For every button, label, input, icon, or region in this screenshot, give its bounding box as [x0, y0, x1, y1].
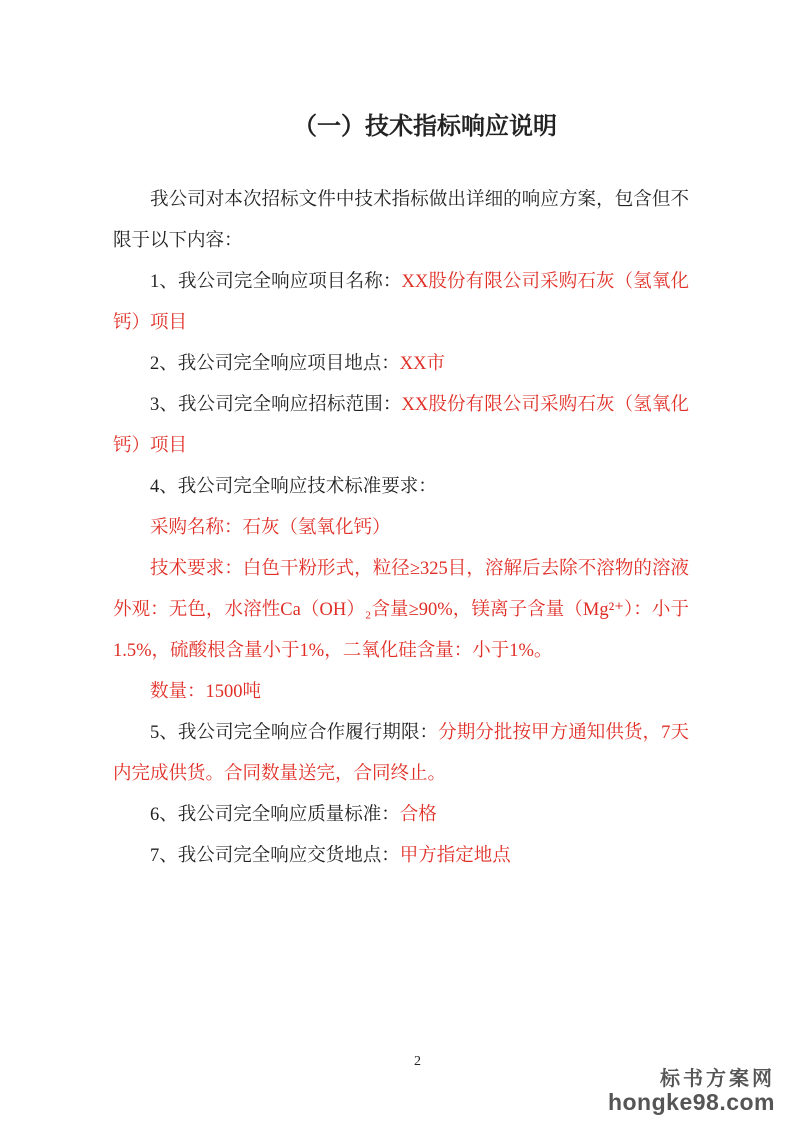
item-7-value: 甲方指定地点 [400, 846, 511, 866]
item-3-label: 3、我公司完全响应招标范围： [150, 395, 402, 415]
item-1-label: 1、我公司完全响应项目名称： [150, 272, 402, 292]
quantity-text: 数量：1500吨 [150, 682, 261, 702]
tech-requirements-paragraph: 技术要求：白色干粉形式，粒径≥325目，溶解后去除不溶物的溶液外观：无色，水溶性… [113, 549, 689, 672]
item-2-paragraph: 2、我公司完全响应项目地点：XX市 [113, 344, 689, 385]
purchase-name-text: 采购名称：石灰（氢氧化钙） [150, 518, 391, 538]
item-3-paragraph: 3、我公司完全响应招标范围：XX股份有限公司采购石灰（氢氧化钙）项目 [113, 385, 689, 467]
watermark-site-url: hongke98.com [608, 1090, 775, 1114]
item-7-label: 7、我公司完全响应交货地点： [150, 846, 400, 866]
item-1-paragraph: 1、我公司完全响应项目名称：XX股份有限公司采购石灰（氢氧化钙）项目 [113, 262, 689, 344]
item-6-label: 6、我公司完全响应质量标准： [150, 805, 400, 825]
item-6-paragraph: 6、我公司完全响应质量标准：合格 [113, 795, 689, 836]
item-2-label: 2、我公司完全响应项目地点： [150, 354, 400, 374]
purchase-name-paragraph: 采购名称：石灰（氢氧化钙） [113, 508, 689, 549]
item-7-paragraph: 7、我公司完全响应交货地点：甲方指定地点 [113, 836, 689, 877]
intro-paragraph: 我公司对本次招标文件中技术指标做出详细的响应方案，包含但不限于以下内容： [113, 180, 689, 262]
intro-text: 我公司对本次招标文件中技术指标做出详细的响应方案，包含但不限于以下内容： [113, 190, 689, 251]
item-5-paragraph: 5、我公司完全响应合作履行期限：分期分批按甲方通知供货，7天内完成供货。合同数量… [113, 713, 689, 795]
document-page: （一）技术指标响应说明 我公司对本次招标文件中技术指标做出详细的响应方案，包含但… [0, 0, 793, 1122]
document-body: 我公司对本次招标文件中技术指标做出详细的响应方案，包含但不限于以下内容： 1、我… [0, 180, 793, 877]
item-5-label: 5、我公司完全响应合作履行期限： [150, 723, 438, 743]
watermark-site-name: 标书方案网 [608, 1068, 775, 1090]
page-title: （一）技术指标响应说明 [0, 0, 793, 149]
quantity-paragraph: 数量：1500吨 [113, 672, 689, 713]
item-4-paragraph: 4、我公司完全响应技术标准要求： [113, 467, 689, 508]
item-6-value: 合格 [400, 805, 437, 825]
site-watermark: 标书方案网 hongke98.com [608, 1068, 775, 1114]
item-4-label: 4、我公司完全响应技术标准要求： [150, 477, 437, 497]
item-2-value: XX市 [400, 354, 445, 374]
tech-requirements-text: 技术要求：白色干粉形式，粒径≥325目，溶解后去除不溶物的溶液外观：无色，水溶性… [113, 559, 689, 661]
